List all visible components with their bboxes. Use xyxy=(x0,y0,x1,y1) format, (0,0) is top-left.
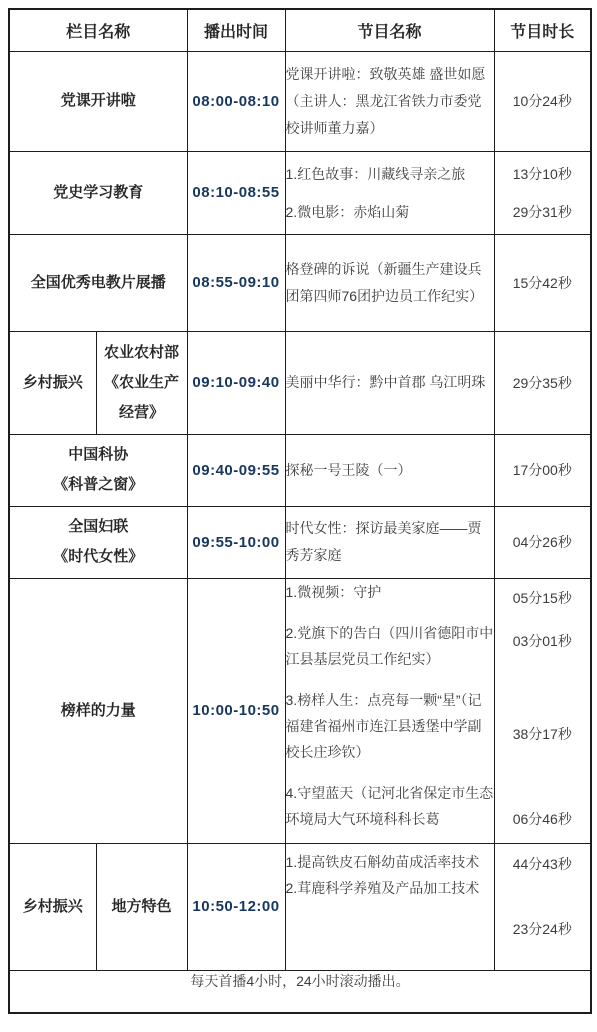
footer-note: 每天首播4小时，24小时滚动播出。 xyxy=(9,970,591,1013)
program-duration-cell: 15分42秒 xyxy=(494,234,591,331)
table-row: 党史学习教育 08:10-08:55 1.红色故事：川藏线寻亲之旅 2.微电影：… xyxy=(9,151,591,234)
program-item: 1.提高铁皮石斛幼苗成活率技术 xyxy=(286,849,494,875)
program-item: 2.党旗下的告白（四川省德阳市中江县基层党员工作纪实） xyxy=(286,620,494,672)
duration-item: 13分10秒 xyxy=(495,161,591,187)
broadcast-time-cell: 08:00-08:10 xyxy=(187,51,285,151)
table-row: 中国科协 《科普之窗》 09:40-09:55 探秘一号王陵（一） 17分00秒 xyxy=(9,434,591,506)
duration-item: 23分24秒 xyxy=(495,919,591,939)
program-name-cell: 时代女性：探访最美家庭——贾秀芳家庭 xyxy=(285,506,494,578)
duration-item: 06分46秒 xyxy=(495,809,591,829)
column-name-cell: 党史学习教育 xyxy=(9,151,187,234)
column-name-cell: 乡村振兴 xyxy=(9,843,96,970)
header-broadcast-time: 播出时间 xyxy=(187,9,285,51)
schedule-table: 栏目名称 播出时间 节目名称 节目时长 党课开讲啦 08:00-08:10 党课… xyxy=(8,8,592,1014)
table-row: 榜样的力量 10:00-10:50 1.微视频：守护 2.党旗下的告白（四川省德… xyxy=(9,578,591,843)
program-duration-cell: 29分35秒 xyxy=(494,331,591,434)
program-name-cell: 1.红色故事：川藏线寻亲之旅 2.微电影：赤焰山菊 xyxy=(285,151,494,234)
broadcast-time-cell: 09:55-10:00 xyxy=(187,506,285,578)
program-name-cell: 1.微视频：守护 2.党旗下的告白（四川省德阳市中江县基层党员工作纪实） 3.榜… xyxy=(285,578,494,843)
table-row: 乡村振兴 地方特色 10:50-12:00 1.提高铁皮石斛幼苗成活率技术 2.… xyxy=(9,843,591,970)
program-duration-cell: 10分24秒 xyxy=(494,51,591,151)
program-item: 4.守望蓝天（记河北省保定市生态环境局大气环境科科长葛 xyxy=(286,780,494,832)
program-name-cell: 1.提高铁皮石斛幼苗成活率技术 2.茸鹿科学养殖及产品加工技术 xyxy=(285,843,494,970)
broadcast-time-cell: 09:10-09:40 xyxy=(187,331,285,434)
program-name-cell: 美丽中华行：黔中首郡 乌江明珠 xyxy=(285,331,494,434)
program-item: 1.微视频：守护 xyxy=(286,579,494,605)
duration-item: 38分17秒 xyxy=(495,724,591,744)
header-program-duration: 节目时长 xyxy=(494,9,591,51)
broadcast-time-cell: 10:00-10:50 xyxy=(187,578,285,843)
table-row: 全国妇联 《时代女性》 09:55-10:00 时代女性：探访最美家庭——贾秀芳… xyxy=(9,506,591,578)
column-name-cell: 全国妇联 《时代女性》 xyxy=(9,506,187,578)
column-name-cell: 乡村振兴 xyxy=(9,331,96,434)
column-name-cell: 中国科协 《科普之窗》 xyxy=(9,434,187,506)
program-duration-cell: 44分43秒 23分24秒 xyxy=(494,843,591,970)
table-row: 乡村振兴 农业农村部 《农业生产 经营》 09:10-09:40 美丽中华行：黔… xyxy=(9,331,591,434)
program-item: 3.榜样人生：点亮每一颗“星”（记福建省福州市连江县透堡中学副校长庄珍钦） xyxy=(286,687,494,765)
schedule-page: 栏目名称 播出时间 节目名称 节目时长 党课开讲啦 08:00-08:10 党课… xyxy=(0,0,597,1032)
program-name-cell: 探秘一号王陵（一） xyxy=(285,434,494,506)
header-program-name: 节目名称 xyxy=(285,9,494,51)
duration-item: 44分43秒 xyxy=(495,854,591,874)
table-row: 党课开讲啦 08:00-08:10 党课开讲啦：致敬英雄 盛世如愿（主讲人：黑龙… xyxy=(9,51,591,151)
column-name-cell: 党课开讲啦 xyxy=(9,51,187,151)
program-duration-cell: 05分15秒 03分01秒 38分17秒 06分46秒 xyxy=(494,578,591,843)
table-row: 全国优秀电教片展播 08:55-09:10 格登碑的诉说（新疆生产建设兵团第四师… xyxy=(9,234,591,331)
subcolumn-cell: 地方特色 xyxy=(96,843,187,970)
header-column-name: 栏目名称 xyxy=(9,9,187,51)
column-name-cell: 全国优秀电教片展播 xyxy=(9,234,187,331)
program-item: 1.红色故事：川藏线寻亲之旅 xyxy=(286,161,494,187)
table-footer-row: 每天首播4小时，24小时滚动播出。 xyxy=(9,970,591,1013)
program-duration-cell: 04分26秒 xyxy=(494,506,591,578)
column-name-cell: 榜样的力量 xyxy=(9,578,187,843)
program-item: 2.茸鹿科学养殖及产品加工技术 xyxy=(286,875,494,901)
subcolumn-cell: 农业农村部 《农业生产 经营》 xyxy=(96,331,187,434)
program-name-cell: 党课开讲啦：致敬英雄 盛世如愿（主讲人：黑龙江省铁力市委党校讲师董力嘉） xyxy=(285,51,494,151)
program-duration-cell: 17分00秒 xyxy=(494,434,591,506)
program-duration-cell: 13分10秒 29分31秒 xyxy=(494,151,591,234)
duration-item: 29分31秒 xyxy=(495,199,591,225)
broadcast-time-cell: 08:55-09:10 xyxy=(187,234,285,331)
broadcast-time-cell: 08:10-08:55 xyxy=(187,151,285,234)
table-header-row: 栏目名称 播出时间 节目名称 节目时长 xyxy=(9,9,591,51)
broadcast-time-cell: 09:40-09:55 xyxy=(187,434,285,506)
duration-item: 05分15秒 xyxy=(495,588,591,608)
program-name-cell: 格登碑的诉说（新疆生产建设兵团第四师76团护边员工作纪实） xyxy=(285,234,494,331)
program-item: 2.微电影：赤焰山菊 xyxy=(286,199,494,225)
duration-item: 03分01秒 xyxy=(495,631,591,651)
broadcast-time-cell: 10:50-12:00 xyxy=(187,843,285,970)
